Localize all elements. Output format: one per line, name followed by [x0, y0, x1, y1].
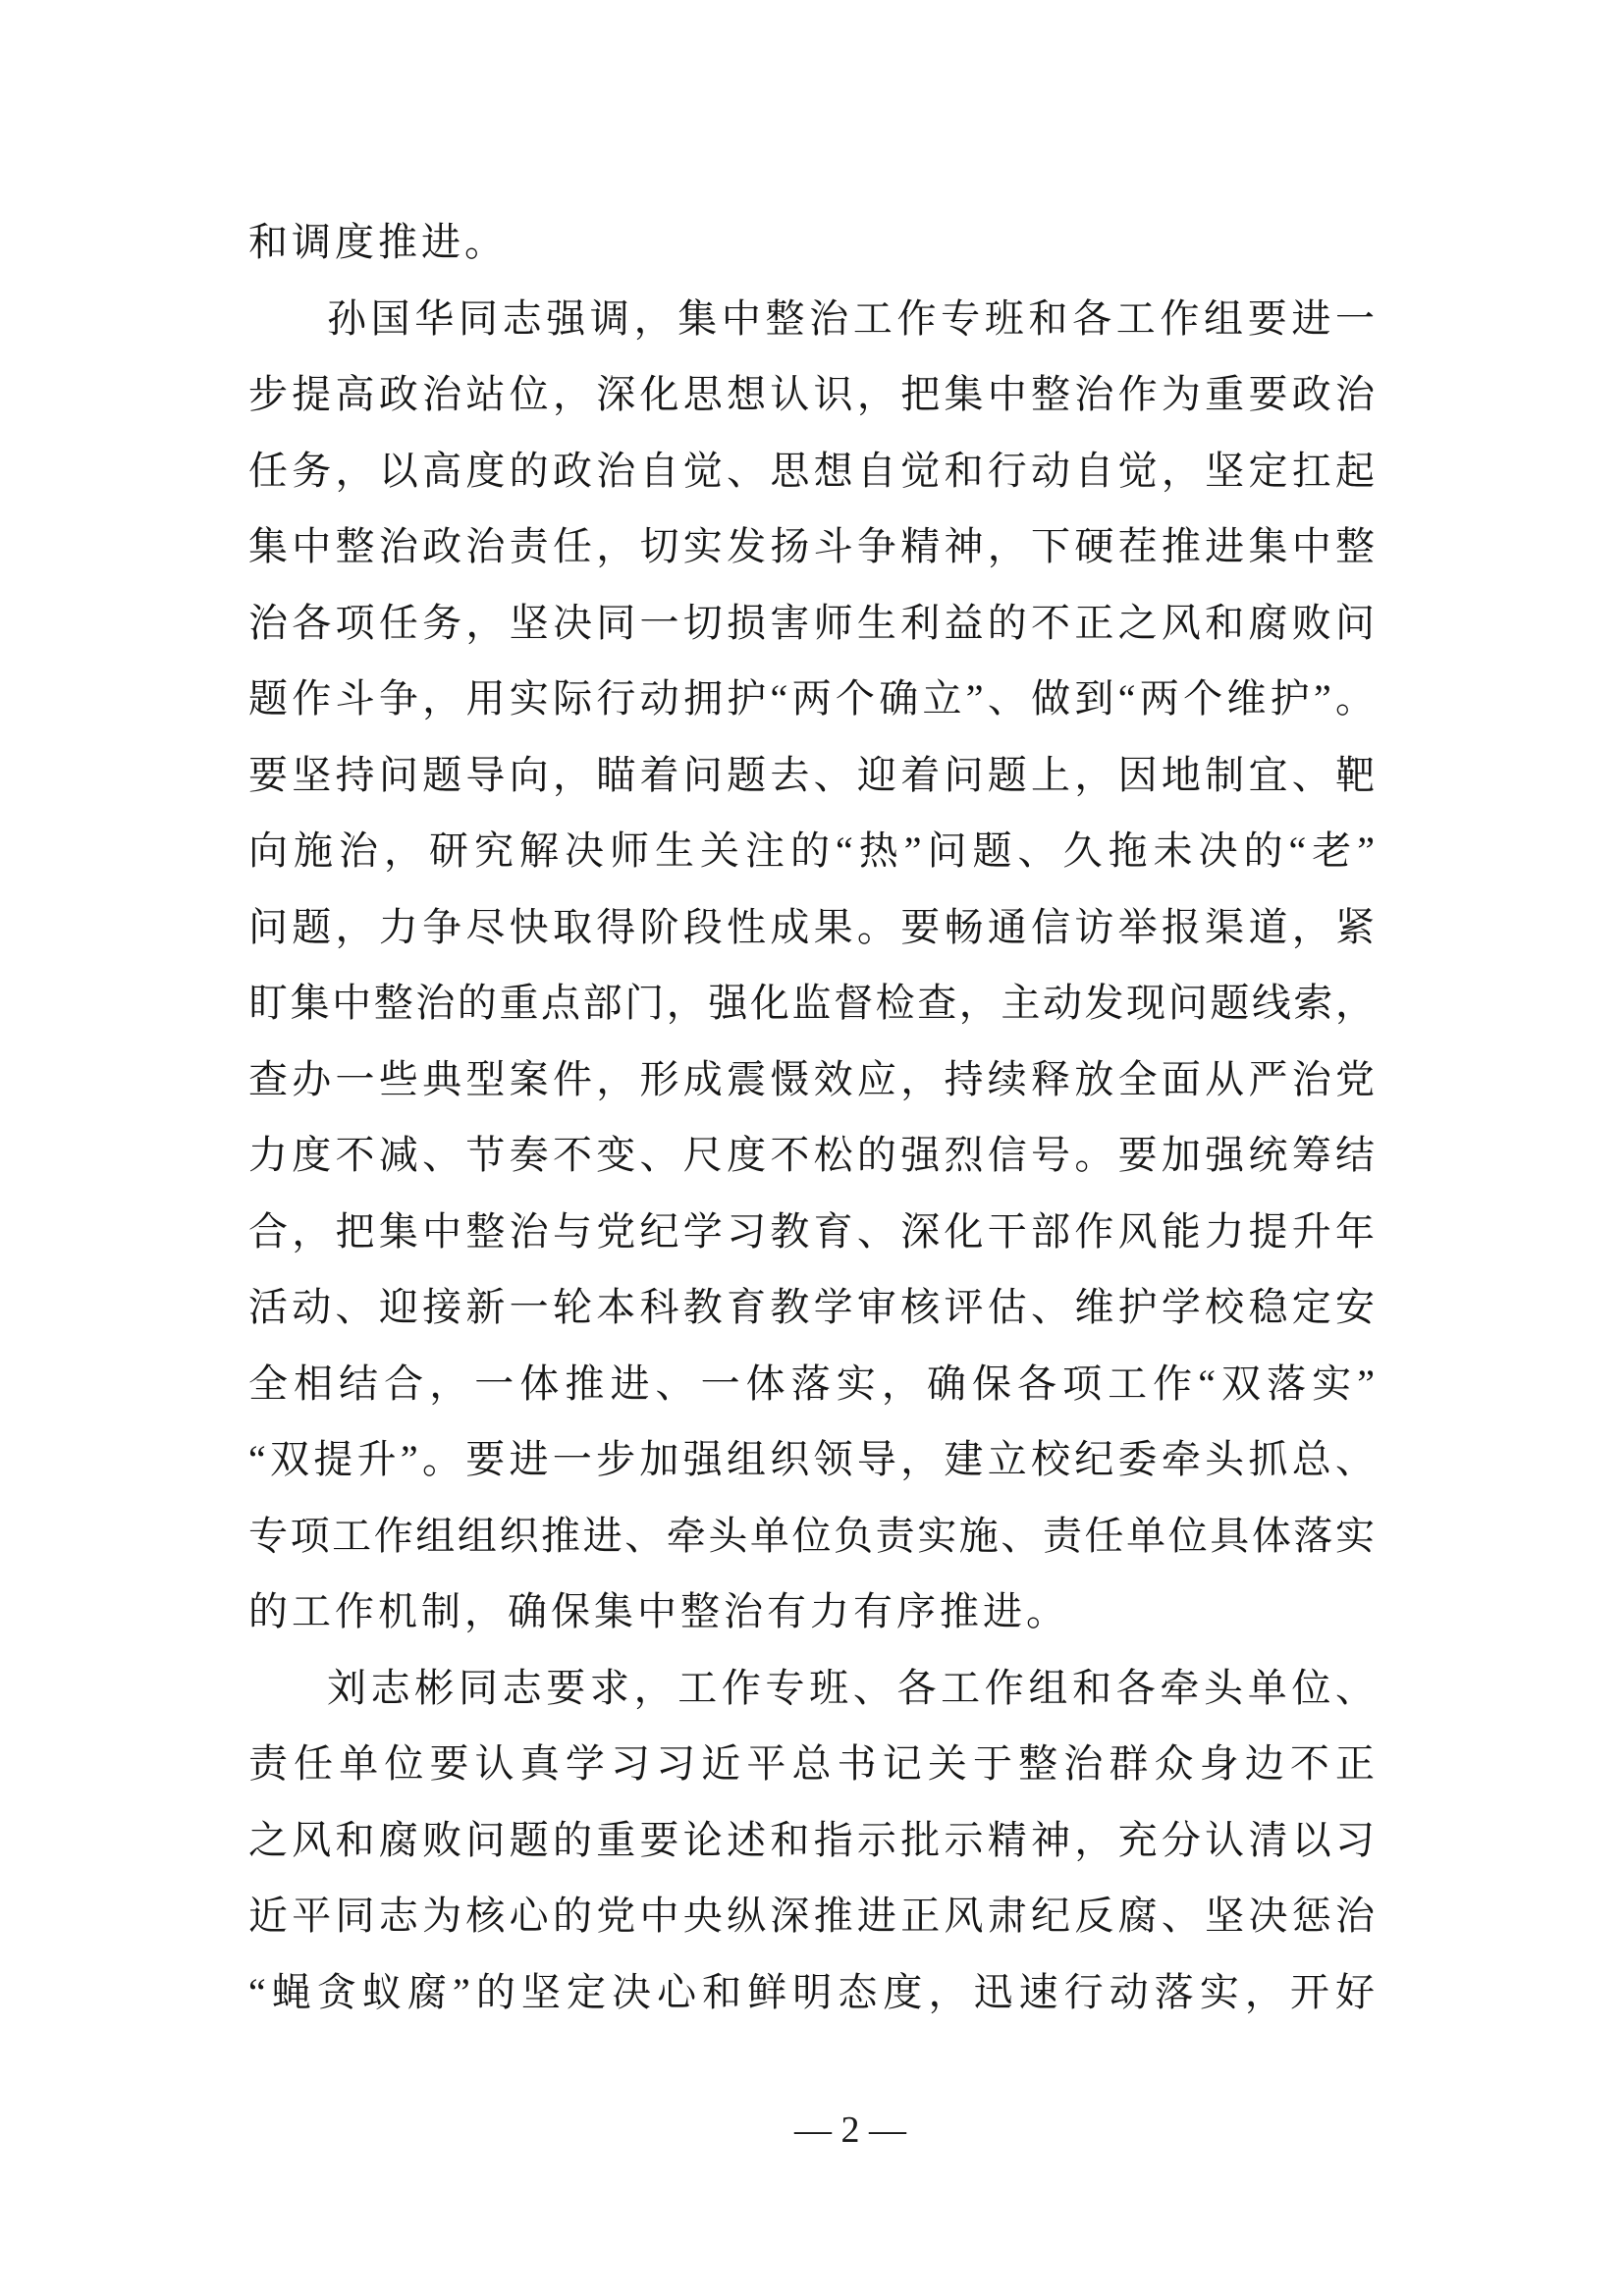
body-line: 查办一些典型案件，形成震慑效应，持续释放全面从严治党 — [248, 1041, 1375, 1118]
body-line: 之风和腐败问题的重要论述和指示批示精神，充分认清以习 — [248, 1802, 1375, 1879]
body-line: 向施治，研究解决师生关注的“热”问题、久拖未决的“老” — [248, 813, 1375, 889]
body-line: 专项工作组组织推进、牵头单位负责实施、责任单位具体落实 — [248, 1498, 1375, 1575]
body-line: 集中整治政治责任，切实发扬斗争精神，下硬茬推进集中整 — [248, 508, 1375, 585]
page-number: — 2 — — [794, 2107, 906, 2154]
body-line: 的工作机制，确保集中整治有力有序推进。 — [248, 1574, 1375, 1650]
body-line: “蝇贪蚁腐”的坚定决心和鲜明态度，迅速行动落实，开好 — [248, 1954, 1375, 2031]
body-line: 题作斗争，用实际行动拥护“两个确立”、做到“两个维护”。 — [248, 661, 1375, 737]
document-body: 和调度推进。 孙国华同志强调，集中整治工作专班和各工作组要进一 步提高政治站位，… — [248, 204, 1375, 2030]
body-line: 全相结合，一体推进、一体落实，确保各项工作“双落实” — [248, 1346, 1375, 1422]
body-line: 力度不减、节奏不变、尺度不松的强烈信号。要加强统筹结 — [248, 1117, 1375, 1194]
body-line: 刘志彬同志要求，工作专班、各工作组和各牵头单位、 — [248, 1650, 1375, 1727]
body-line: 问题，力争尽快取得阶段性成果。要畅通信访举报渠道，紧 — [248, 889, 1375, 966]
body-line: “双提升”。要进一步加强组织领导，建立校纪委牵头抓总、 — [248, 1421, 1375, 1498]
body-line: 责任单位要认真学习习近平总书记关于整治群众身边不正 — [248, 1726, 1375, 1802]
body-line: 盯集中整治的重点部门，强化监督检查，主动发现问题线索， — [248, 965, 1375, 1041]
body-line: 孙国华同志强调，集中整治工作专班和各工作组要进一 — [248, 281, 1375, 357]
body-line: 近平同志为核心的党中央纵深推进正风肃纪反腐、坚决惩治 — [248, 1878, 1375, 1954]
body-line: 活动、迎接新一轮本科教育教学审核评估、维护学校稳定安 — [248, 1269, 1375, 1346]
body-line: 要坚持问题导向，瞄着问题去、迎着问题上，因地制宜、靶 — [248, 737, 1375, 814]
body-line: 任务，以高度的政治自觉、思想自觉和行动自觉，坚定扛起 — [248, 433, 1375, 509]
body-line: 治各项任务，坚决同一切损害师生利益的不正之风和腐败问 — [248, 585, 1375, 662]
body-line: 合，把集中整治与党纪学习教育、深化干部作风能力提升年 — [248, 1194, 1375, 1270]
document-page: 和调度推进。 孙国华同志强调，集中整治工作专班和各工作组要进一 步提高政治站位，… — [0, 0, 1624, 2296]
body-line: 步提高政治站位，深化思想认识，把集中整治作为重要政治 — [248, 356, 1375, 433]
body-line: 和调度推进。 — [248, 204, 1375, 281]
